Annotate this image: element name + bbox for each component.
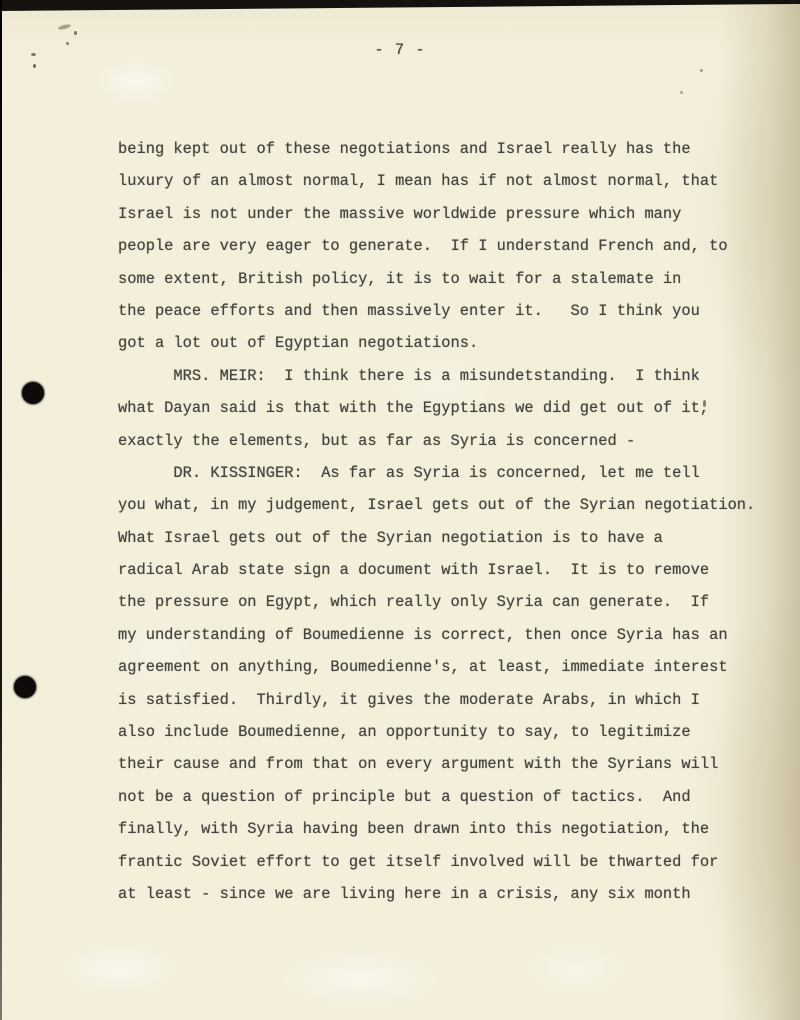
text-line: not be a question of principle but a que… xyxy=(118,781,778,813)
paragraph: being kept out of these negotiations and… xyxy=(118,133,778,360)
text-line: frantic Soviet effort to get itself invo… xyxy=(118,846,778,878)
text-line: MRS. MEIR: I think there is a misundetst… xyxy=(118,360,778,392)
text-line: at least - since we are living here in a… xyxy=(118,878,778,910)
paragraph: MRS. MEIR: I think there is a misundetst… xyxy=(118,360,778,457)
pencil-mark xyxy=(74,31,77,35)
paragraph: DR. KISSINGER: As far as Syria is concer… xyxy=(118,457,778,910)
page-number: - 7 - xyxy=(0,41,800,59)
ink-speck xyxy=(680,91,683,94)
transcript-text: being kept out of these negotiations and… xyxy=(118,133,778,910)
text-line: exactly the elements, but as far as Syri… xyxy=(118,425,778,457)
text-line: what Dayan said is that with the Egyptia… xyxy=(118,392,778,424)
scan-left-edge xyxy=(0,0,2,1020)
text-line: agreement on anything, Boumedienne's, at… xyxy=(118,651,778,683)
text-line: being kept out of these negotiations and… xyxy=(118,133,778,165)
scan-top-edge xyxy=(0,0,800,11)
text-line: their cause and from that on every argum… xyxy=(118,748,778,780)
text-line: the peace efforts and then massively ent… xyxy=(118,295,778,327)
text-line: What Israel gets out of the Syrian negot… xyxy=(118,522,778,554)
text-line: is satisfied. Thirdly, it gives the mode… xyxy=(118,684,778,716)
text-line: got a lot out of Egyptian negotiations. xyxy=(118,327,778,359)
text-line: some extent, British policy, it is to wa… xyxy=(118,263,778,295)
pencil-mark xyxy=(33,64,36,68)
text-line: radical Arab state sign a document with … xyxy=(118,554,778,586)
text-line: the pressure on Egypt, which really only… xyxy=(118,586,778,618)
text-line: you what, in my judgement, Israel gets o… xyxy=(118,489,778,521)
text-line: also include Boumedienne, an opportunity… xyxy=(118,716,778,748)
text-line: people are very eager to generate. If I … xyxy=(118,230,778,262)
text-line: my understanding of Boumedienne is corre… xyxy=(118,619,778,651)
text-line: DR. KISSINGER: As far as Syria is concer… xyxy=(118,457,778,489)
ink-speck xyxy=(700,69,703,72)
text-line: luxury of an almost normal, I mean has i… xyxy=(118,165,778,197)
text-line: Israel is not under the massive worldwid… xyxy=(118,198,778,230)
hole-punch-bottom xyxy=(14,676,36,698)
scanned-page: - 7 - being kept out of these negotiatio… xyxy=(0,0,800,1020)
text-line: finally, with Syria having been drawn in… xyxy=(118,813,778,845)
pencil-mark xyxy=(58,23,72,30)
hole-punch-top xyxy=(22,382,44,404)
